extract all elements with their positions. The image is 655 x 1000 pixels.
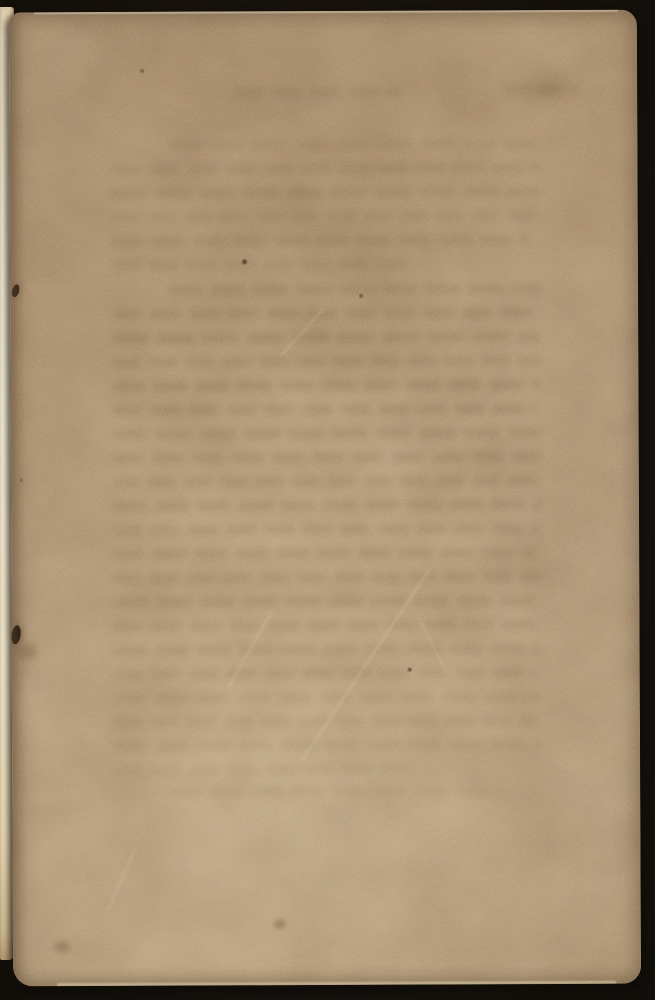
stain-speck bbox=[525, 76, 573, 98]
mottling-patch bbox=[111, 690, 392, 911]
scratch-line bbox=[280, 308, 324, 357]
ghost-text-line bbox=[111, 380, 539, 391]
ghost-text-line bbox=[113, 500, 543, 511]
ghost-text-line bbox=[111, 260, 411, 270]
paper-grain-texture bbox=[9, 10, 641, 987]
ghost-text-line bbox=[112, 428, 542, 439]
ghost-text-line bbox=[112, 163, 540, 174]
stitch-hole-layer bbox=[9, 10, 641, 987]
scratch-line bbox=[421, 622, 447, 673]
ghost-text-line bbox=[113, 668, 536, 679]
stain-speck bbox=[408, 668, 412, 672]
ghost-text-line bbox=[113, 620, 539, 631]
mottling-patch bbox=[291, 789, 592, 940]
ghost-text-line bbox=[112, 572, 541, 583]
ghost-text-line bbox=[168, 139, 536, 150]
ghost-text-line bbox=[113, 716, 538, 727]
ghost-text-line bbox=[167, 284, 541, 295]
ghost-text-line bbox=[113, 765, 408, 775]
ghost-text-line bbox=[169, 786, 499, 796]
mottling-patch bbox=[538, 129, 641, 829]
stain-speck bbox=[242, 259, 247, 264]
ghost-text-line bbox=[111, 187, 542, 198]
ghost-text-line bbox=[111, 235, 529, 246]
ghost-text-line bbox=[113, 404, 537, 415]
ghost-text-line bbox=[112, 211, 538, 222]
ghost-text-line bbox=[504, 85, 580, 94]
paper-blotch-texture bbox=[9, 10, 641, 987]
booklet-page bbox=[9, 10, 641, 987]
stain-speck bbox=[140, 69, 144, 73]
scratch-layer bbox=[9, 10, 641, 987]
stain-speck bbox=[274, 919, 286, 929]
page-bottom-edge-highlight bbox=[57, 981, 616, 986]
stain-layer bbox=[9, 10, 641, 987]
ghost-text-layer bbox=[9, 10, 641, 987]
ghost-text-line bbox=[111, 308, 541, 319]
stain-speck bbox=[54, 941, 70, 952]
ghost-text-line bbox=[113, 740, 541, 751]
scratch-line bbox=[107, 846, 137, 911]
mottling-patch bbox=[429, 319, 621, 710]
scratch-line bbox=[227, 609, 273, 688]
photo-backdrop bbox=[0, 0, 655, 1000]
ghost-text-line bbox=[113, 596, 543, 607]
ghost-text-line bbox=[112, 332, 541, 343]
ghost-text-line bbox=[112, 524, 540, 535]
mottling-patch bbox=[148, 129, 509, 441]
ghost-text-line bbox=[111, 356, 543, 367]
stain-speck bbox=[359, 294, 363, 298]
stain-speck bbox=[88, 29, 130, 47]
scratch-line bbox=[301, 569, 430, 761]
mottling-patch bbox=[38, 29, 608, 131]
mottling-layer bbox=[9, 10, 641, 987]
ghost-text-line bbox=[112, 548, 536, 559]
ghost-text-line bbox=[114, 692, 542, 703]
ghost-text-line bbox=[234, 88, 402, 98]
mottling-patch bbox=[60, 460, 241, 771]
ghost-text-line bbox=[112, 476, 538, 487]
ghost-text-line bbox=[113, 644, 541, 655]
spine-fold-shadow bbox=[9, 12, 27, 986]
ghost-text-line bbox=[112, 452, 541, 463]
page-top-edge-highlight bbox=[34, 10, 618, 15]
